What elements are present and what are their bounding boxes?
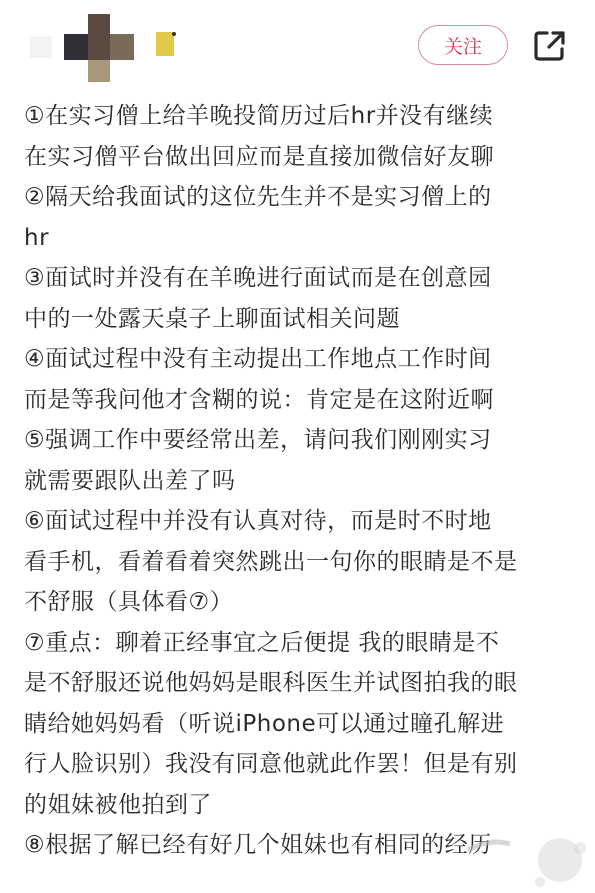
share-external-icon[interactable] — [532, 28, 568, 64]
post-line: 中的一处露天桌子上聊面试相关问题 — [24, 299, 584, 340]
post-line: ⑤强调工作中要经常出差，请问我们刚刚实习 — [24, 420, 584, 461]
post-line: ①在实习僧上给羊晚投简历过后hr并没有继续 — [24, 96, 584, 137]
post-line: 行人脸识别）我没有同意他就此作罢！但是有别 — [24, 744, 584, 785]
post-line: 是不舒服还说他妈妈是眼科医生并试图拍我的眼 — [24, 663, 584, 704]
post-body: ①在实习僧上给羊晚投简历过后hr并没有继续 在实习僧平台做出回应而是直接加微信好… — [24, 96, 584, 866]
post-line: ④面试过程中没有主动提出工作地点工作时间 — [24, 339, 584, 380]
post-line: 不舒服（具体看⑦） — [24, 582, 584, 623]
post-line: ③面试时并没有在羊晚进行面试而是在创意园 — [24, 258, 584, 299]
follow-button-label: 关注 — [444, 32, 482, 59]
post-line: 睛给她妈妈看（听说iPhone可以通过瞳孔解进 — [24, 704, 584, 745]
follow-button[interactable]: 关注 — [418, 25, 508, 65]
avatar[interactable] — [60, 14, 136, 82]
post-line: hr — [24, 218, 584, 259]
username-blurred[interactable] — [156, 32, 174, 56]
post-line: ⑦重点：聊着正经事宜之后便提 我的眼睛是不 — [24, 623, 584, 664]
post-line: ②隔天给我面试的这位先生并不是实习僧上的 — [24, 177, 584, 218]
post-line: 而是等我问他才含糊的说：肯定是在这附近啊 — [24, 380, 584, 421]
post-header: 关注 — [0, 0, 595, 90]
post-line: 的姐妹被他拍到了 — [24, 785, 584, 826]
post-line: 看手机，看着看着突然跳出一句你的眼睛是不是 — [24, 542, 584, 583]
post-line: ⑧根据了解已经有好几个姐妹也有相同的经历 — [24, 825, 584, 866]
post-line: 就需要跟队出差了吗 — [24, 461, 584, 502]
post-line: 在实习僧平台做出回应而是直接加微信好友聊 — [24, 137, 584, 178]
post-line: ⑥面试过程中并没有认真对待，而是时不时地 — [24, 501, 584, 542]
